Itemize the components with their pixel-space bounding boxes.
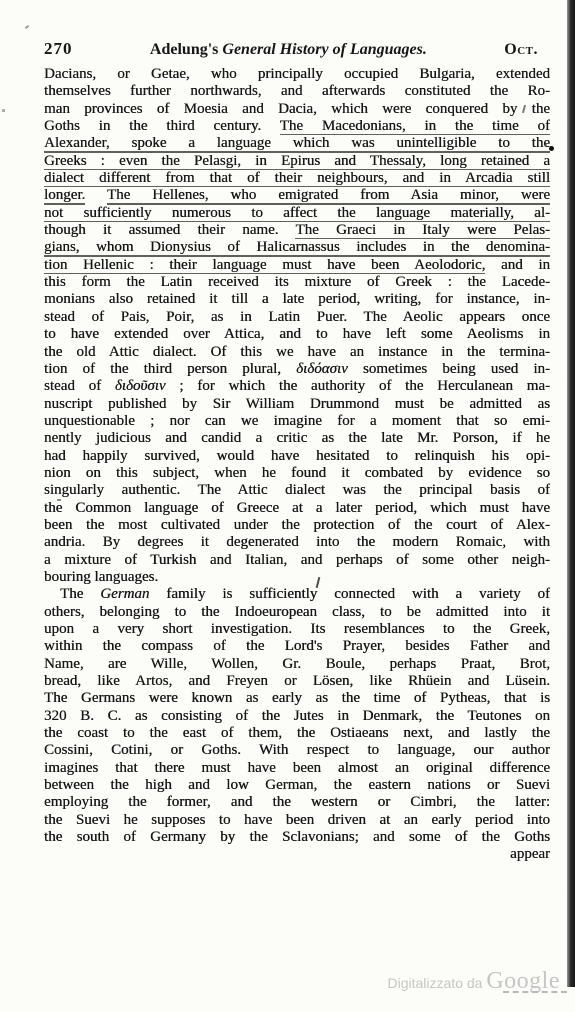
watermark-text: Digitalizzato da	[388, 975, 487, 991]
greek-text: διδόασιν	[296, 361, 348, 377]
text-segment: bouring languages.	[44, 569, 158, 585]
text-line: nion on this subject, when he found it c…	[44, 465, 550, 482]
text-line: tion Hellenic : their language must have…	[44, 257, 550, 274]
underlined-text: The Hellenes, who emigrated from Asia mi…	[107, 187, 550, 204]
catchword-line: appear	[44, 846, 550, 863]
text-line: between the high and low German, the eas…	[44, 777, 550, 794]
text-segment: Cossini, Cotini, or Goths. With respect …	[44, 742, 550, 758]
text-segment: a mixture of Turkish and Italian, and pe…	[44, 552, 550, 568]
scan-speck-artifact	[25, 25, 29, 29]
text-line: to have extended over Attica, and to hav…	[44, 326, 550, 343]
text-line: longer. The Hellenes, who emigrated from…	[44, 187, 550, 204]
text-line: though it assumed their name. The Graeci…	[44, 222, 550, 239]
book-page-scan: 270 Adelung's General History of Languag…	[0, 0, 575, 1012]
text-segment: family is sufficiently connected with a …	[149, 586, 550, 602]
text-line: nently judicious and candid a critic as …	[44, 430, 550, 447]
underlined-text: dialect different from that of their nei…	[44, 170, 550, 187]
text-line: Cossini, Cotini, or Goths. With respect …	[44, 742, 550, 759]
text-line: Name, are Wille, Wollen, Gr. Boule, perh…	[44, 656, 550, 673]
scan-speck-artifact	[2, 109, 5, 112]
text-line: monians also retained it till a late per…	[44, 291, 550, 308]
text-segment: sometimes being used in-	[348, 361, 550, 377]
text-line: upon a very short investigation. Its res…	[44, 621, 550, 638]
text-segment: Name, are Wille, Wollen, Gr. Boule, perh…	[44, 656, 550, 672]
text-line: The German family is sufficiently connec…	[44, 586, 550, 603]
text-line: within the compass of the Lord's Prayer,…	[44, 638, 550, 655]
text-line: unquestionable ; nor can we imagine for …	[44, 413, 550, 430]
text-segment: and in	[485, 257, 550, 273]
text-segment: been the most cultivated under the prote…	[44, 517, 550, 533]
text-line: 320 B. C. as consisting of the Jutes in …	[44, 708, 550, 725]
text-line: singularly authentic. The Attic dialect …	[44, 482, 550, 499]
text-segment: Goths in the third century.	[44, 118, 280, 134]
text-segment: nuscript published by Sir William Drummo…	[44, 396, 550, 412]
text-line: this form the Latin received its mixture…	[44, 274, 550, 291]
text-segment: to have extended over Attica, and to hav…	[44, 326, 550, 342]
text-segment: tion of the third person plural,	[44, 361, 296, 377]
underlined-text: tion Hellenic : their language must have…	[44, 257, 485, 274]
text-segment: themselves further northwards, and after…	[44, 83, 550, 99]
underlined-text: Alexander, spoke a language which was un…	[44, 135, 550, 152]
text-block: Dacians, or Getae, who principally occup…	[44, 66, 550, 864]
underlined-text: gians, whom Dionysius of Halicarnassus i…	[44, 239, 550, 256]
text-segment: upon a very short investigation. Its res…	[44, 621, 550, 637]
underlined-text: The Macedonians, in the time of	[280, 118, 550, 135]
scan-edge-shadow	[567, 0, 575, 987]
text-segment: andria. By degrees it degenerated into t…	[44, 534, 550, 550]
text-segment: German	[100, 586, 149, 602]
text-segment: appear	[510, 846, 550, 862]
underlined-text: The Graeci in Italy were Pelas-	[295, 222, 550, 239]
text-line: bouring languages.	[44, 569, 550, 586]
text-segment: ; for which the authority of the Hercula…	[166, 378, 550, 394]
underlined-text: longer.	[44, 187, 85, 204]
text-line: employing the former, and the western or…	[44, 794, 550, 811]
text-segment: stead of Pais, Poir, as in Latin Puer. T…	[44, 309, 550, 325]
google-watermark: Digitalizzato da Google	[0, 967, 560, 997]
ink-speck-artifact	[545, 144, 547, 146]
page-number: 270	[44, 39, 73, 59]
text-line: dialect different from that of their nei…	[44, 170, 550, 187]
text-segment: The	[60, 586, 100, 602]
text-line: had happily survived, would have hesitat…	[44, 448, 550, 465]
text-line: Greeks : even the Pelasgi, in Epirus and…	[44, 153, 550, 170]
text-segment: bread, like Artos, and Freyen or Lösen, …	[44, 673, 550, 689]
text-segment: the old Attic dialect. Of this we have a…	[44, 344, 550, 360]
text-segment	[85, 187, 107, 203]
text-line: others, belonging to the Indoeuropean cl…	[44, 604, 550, 621]
text-segment: imagines that there must have been almos…	[44, 760, 550, 776]
text-line: andria. By degrees it degenerated into t…	[44, 534, 550, 551]
text-line: the old Attic dialect. Of this we have a…	[44, 344, 550, 361]
text-line: man provinces of Moesia and Dacia, which…	[44, 101, 550, 118]
ink-blot-artifact	[549, 146, 554, 151]
text-segment: this form the Latin received its mixture…	[44, 274, 550, 290]
text-line: Alexander, spoke a language which was un…	[44, 135, 550, 152]
text-line: the south of Germany by the Sclavonians;…	[44, 829, 550, 846]
text-segment: the Suevi he supposes to have been drive…	[44, 812, 550, 828]
underlined-text: not sufficiently numerous to affect the …	[44, 205, 550, 222]
text-segment: singularly authentic. The Attic dialect …	[44, 482, 550, 498]
text-line: themselves further northwards, and after…	[44, 83, 550, 100]
running-title: Adelung's General History of Languages.	[73, 41, 505, 59]
text-segment: 320 B. C. as consisting of the Jutes in …	[44, 708, 550, 724]
text-segment: man provinces of Moesia and Dacia, which…	[44, 101, 550, 117]
scan-speck-artifact	[57, 499, 61, 501]
text-segment: Dacians, or Getae, who principally occup…	[44, 66, 550, 82]
text-line: a mixture of Turkish and Italian, and pe…	[44, 552, 550, 569]
text-segment: within the compass of the Lord's Prayer,…	[44, 638, 550, 654]
text-line: nuscript published by Sir William Drummo…	[44, 396, 550, 413]
text-segment: monians also retained it till a late per…	[44, 291, 550, 307]
text-line: bread, like Artos, and Freyen or Lösen, …	[44, 673, 550, 690]
text-segment: nion on this subject, when he found it c…	[44, 465, 550, 481]
text-segment: though it assumed their name.	[44, 222, 295, 238]
bottom-dashed-line-artifact	[503, 991, 567, 993]
text-line: The Germans were known as early as the t…	[44, 690, 550, 707]
text-segment: nently judicious and candid a critic as …	[44, 430, 550, 446]
text-segment: had happily survived, would have hesitat…	[44, 448, 550, 464]
greek-text: διδοῦσιν	[115, 378, 166, 394]
text-segment: the south of Germany by the Sclavonians;…	[44, 829, 550, 845]
running-header: 270 Adelung's General History of Languag…	[44, 39, 538, 59]
text-line: gians, whom Dionysius of Halicarnassus i…	[44, 239, 550, 256]
text-line: tion of the third person plural, διδόασι…	[44, 361, 550, 378]
text-line: the Common language of Greece at a later…	[44, 500, 550, 517]
text-segment: the coast to the east of them, the Ostia…	[44, 725, 550, 741]
text-line: imagines that there must have been almos…	[44, 760, 550, 777]
text-segment: others, belonging to the Indoeuropean cl…	[44, 604, 550, 620]
text-segment: unquestionable ; nor can we imagine for …	[44, 413, 550, 429]
running-title-author: Adelung's	[150, 41, 222, 58]
text-segment: employing the former, and the western or…	[44, 794, 550, 810]
text-segment: between the high and low German, the eas…	[44, 777, 550, 793]
text-segment: the Common language of Greece at a later…	[44, 500, 550, 516]
text-line: stead of Pais, Poir, as in Latin Puer. T…	[44, 309, 550, 326]
issue-month: Oct.	[504, 41, 538, 59]
text-line: been the most cultivated under the prote…	[44, 517, 550, 534]
text-line: the Suevi he supposes to have been drive…	[44, 812, 550, 829]
text-segment: stead of	[44, 378, 115, 394]
text-segment: The Germans were known as early as the t…	[44, 690, 550, 706]
underlined-text: Greeks : even the Pelasgi, in Epirus and…	[44, 153, 550, 170]
text-line: Goths in the third century. The Macedoni…	[44, 118, 550, 135]
running-title-work: General History of Languages.	[222, 41, 426, 58]
text-line: stead of διδοῦσιν ; for which the author…	[44, 378, 550, 395]
text-line: the coast to the east of them, the Ostia…	[44, 725, 550, 742]
text-line: Dacians, or Getae, who principally occup…	[44, 66, 550, 83]
text-line: not sufficiently numerous to affect the …	[44, 205, 550, 222]
